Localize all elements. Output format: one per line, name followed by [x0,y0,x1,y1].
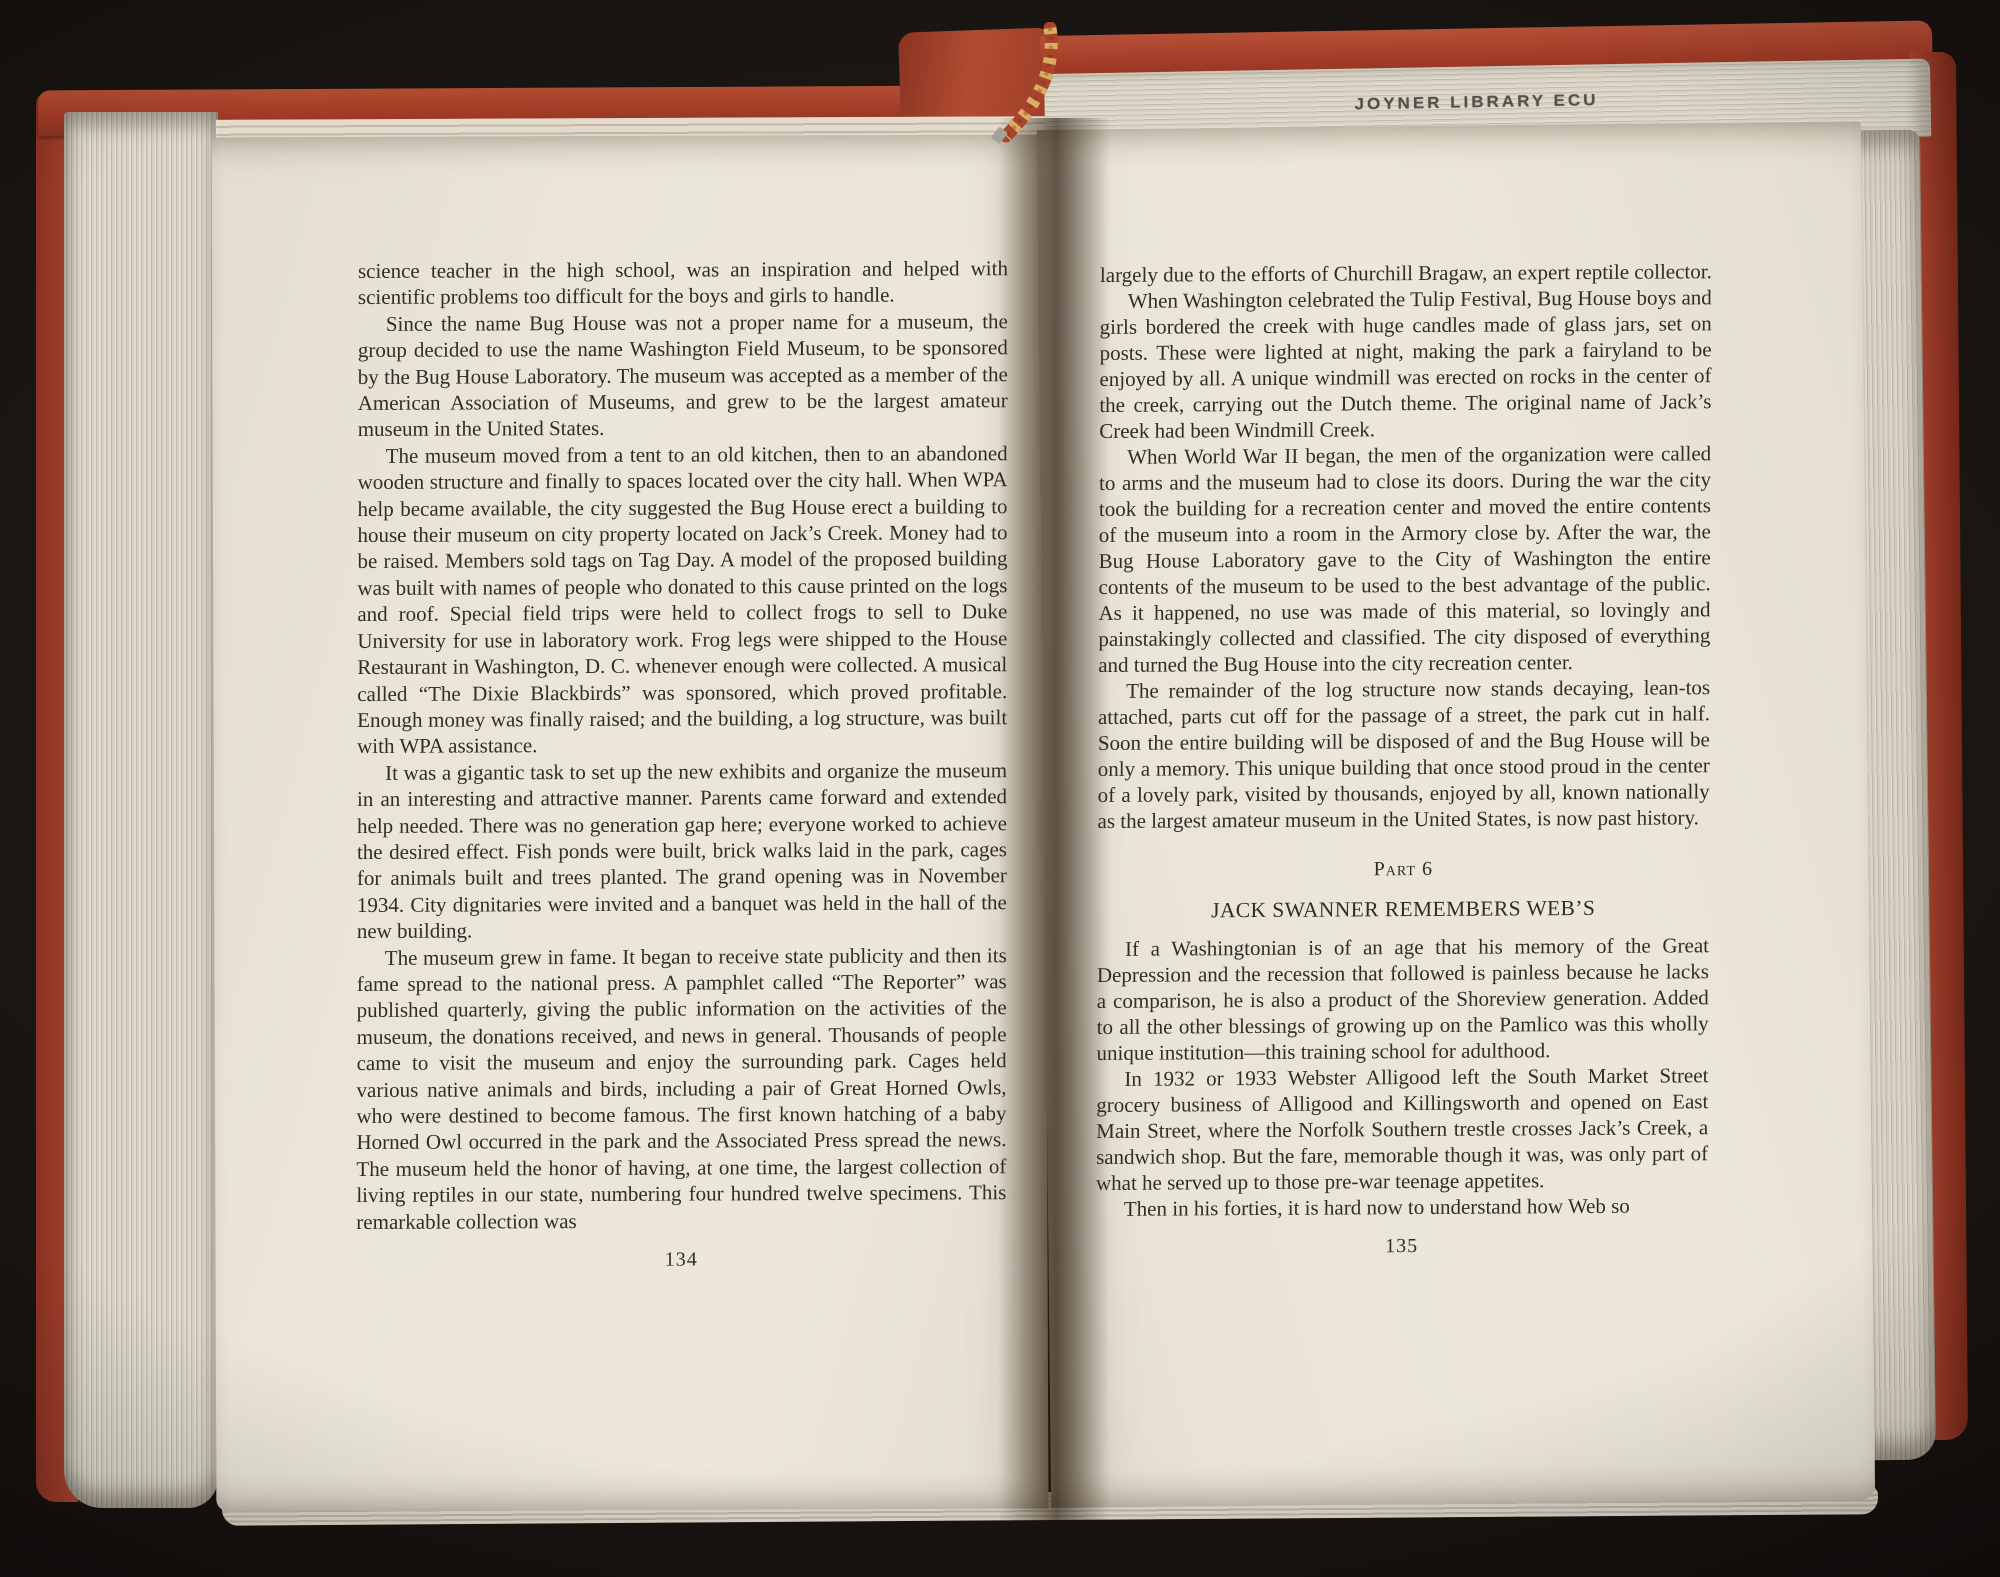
gutter-shadow [998,118,1110,1520]
paragraph: The museum grew in fame. It began to rec… [356,942,1007,1235]
paragraph: largely due to the efforts of Churchill … [1100,258,1712,288]
left-page-text: science teacher in the high school, was … [356,255,1008,1274]
paragraph: Since the name Bug House was not a prope… [358,308,1008,443]
page-number-left: 134 [356,1245,1006,1274]
photo-background: JOYNER LIBRARY ECU science teacher in th… [0,0,2000,1577]
chapter-heading: JACK SWANNER REMEMBERS WEB’S [1097,894,1709,924]
page-edges-left [64,112,218,1508]
part-heading: Part 6 [1097,854,1709,884]
right-page-text: largely due to the efforts of Churchill … [1096,258,1712,1261]
bookmark-ribbon [978,22,1088,152]
paragraph: In 1932 or 1933 Webster Alligood left th… [1096,1062,1709,1196]
page-number-right: 135 [1096,1231,1708,1261]
paragraph: Then in his forties, it is hard now to u… [1096,1192,1708,1222]
paragraph: science teacher in the high school, was … [358,255,1008,311]
paragraph: When World War II began, the men of the … [1098,440,1711,678]
library-stamp: JOYNER LIBRARY ECU [1354,91,1598,114]
paragraph: If a Washingtonian is of an age that his… [1096,932,1709,1066]
paragraph: It was a gigantic task to set up the new… [357,757,1007,945]
paragraph: When Washington celebrated the Tulip Fes… [1099,284,1712,444]
paragraph: The remainder of the log structure now s… [1098,674,1711,834]
paragraph: The museum moved from a tent to an old k… [357,440,1008,760]
